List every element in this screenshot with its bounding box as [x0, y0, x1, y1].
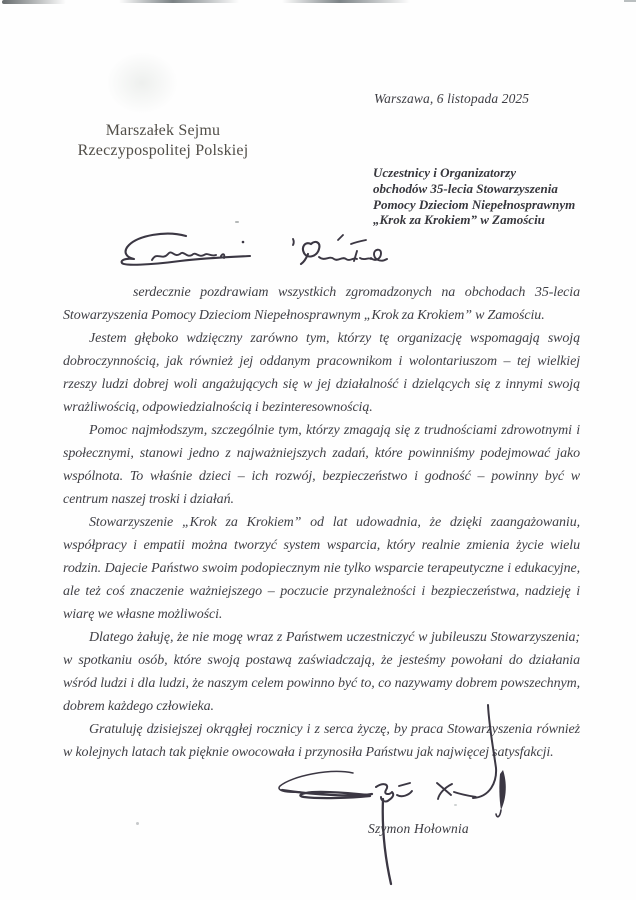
signature-j-stroke — [473, 705, 496, 798]
addressee-line4: „Krok za Krokiem” w Zamościu — [373, 212, 588, 228]
signature-dash — [454, 792, 476, 797]
scan-speck — [235, 221, 239, 223]
place-and-date: Warszawa, 6 listopada 2025 — [374, 91, 529, 107]
addressee-block: Uczestnicy i Organizatorzy obchodów 35-l… — [373, 165, 588, 228]
signature-x-mark — [437, 783, 452, 799]
scan-artifact-top-mid2 — [282, 0, 410, 3]
addressee-line2: obchodów 35-lecia Stowarzyszenia — [373, 181, 588, 197]
addressee-line3: Pomocy Dzieciom Niepełnosprawnym — [373, 197, 588, 213]
salutation-s-sweep — [122, 234, 250, 265]
addressee-line1: Uczestnicy i Organizatorzy — [373, 165, 588, 181]
scan-artifact-top-mid1 — [119, 0, 239, 3]
signature-s-upper — [279, 771, 353, 792]
salutation-o-curl — [371, 250, 387, 261]
scan-speck — [136, 822, 139, 825]
signature-z-squiggle — [376, 784, 393, 801]
scanned-letter-page: Warszawa, 6 listopada 2025 Marszałek Sej… — [0, 0, 636, 900]
signature-s-lower — [282, 790, 372, 798]
paragraph: Jestem głęboko wdzięczny zarówno tym, kt… — [63, 327, 580, 419]
signature-leaf-stroke — [499, 770, 505, 810]
salutation-i-dot — [242, 241, 245, 244]
signee-typed-name: Szymon Hołownia — [368, 821, 469, 837]
letter-body: serdecznie pozdrawiam wszystkich zgromad… — [63, 281, 580, 764]
scan-artifact-top-right — [624, 0, 636, 2]
sender-letterhead: Marszałek Sejmu Rzeczypospolitej Polskie… — [52, 121, 274, 160]
sender-title-line1: Marszałek Sejmu — [52, 121, 274, 141]
signature-leaf-tail — [496, 810, 501, 817]
scan-smudge — [106, 52, 178, 114]
sender-title-line2: Rzeczypospolitej Polskiej — [52, 141, 274, 161]
signature-descender — [383, 799, 391, 884]
paragraph: Stowarzyszenie „Krok za Krokiem” od lat … — [63, 511, 580, 626]
salutation-n-accent — [338, 235, 343, 240]
salutation-p-loop — [301, 242, 319, 264]
paragraph: serdecznie pozdrawiam wszystkich zgromad… — [63, 281, 580, 327]
salutation-apostrophe — [293, 239, 294, 245]
handwritten-signature — [270, 698, 516, 888]
scan-artifact-top-left — [2, 0, 66, 4]
salutation-minims2 — [319, 257, 357, 260]
signature-equals-marks — [397, 783, 412, 796]
paragraph: Pomoc najmłodszym, szczególnie tym, któr… — [63, 419, 580, 511]
salutation-t-cross — [351, 240, 366, 244]
